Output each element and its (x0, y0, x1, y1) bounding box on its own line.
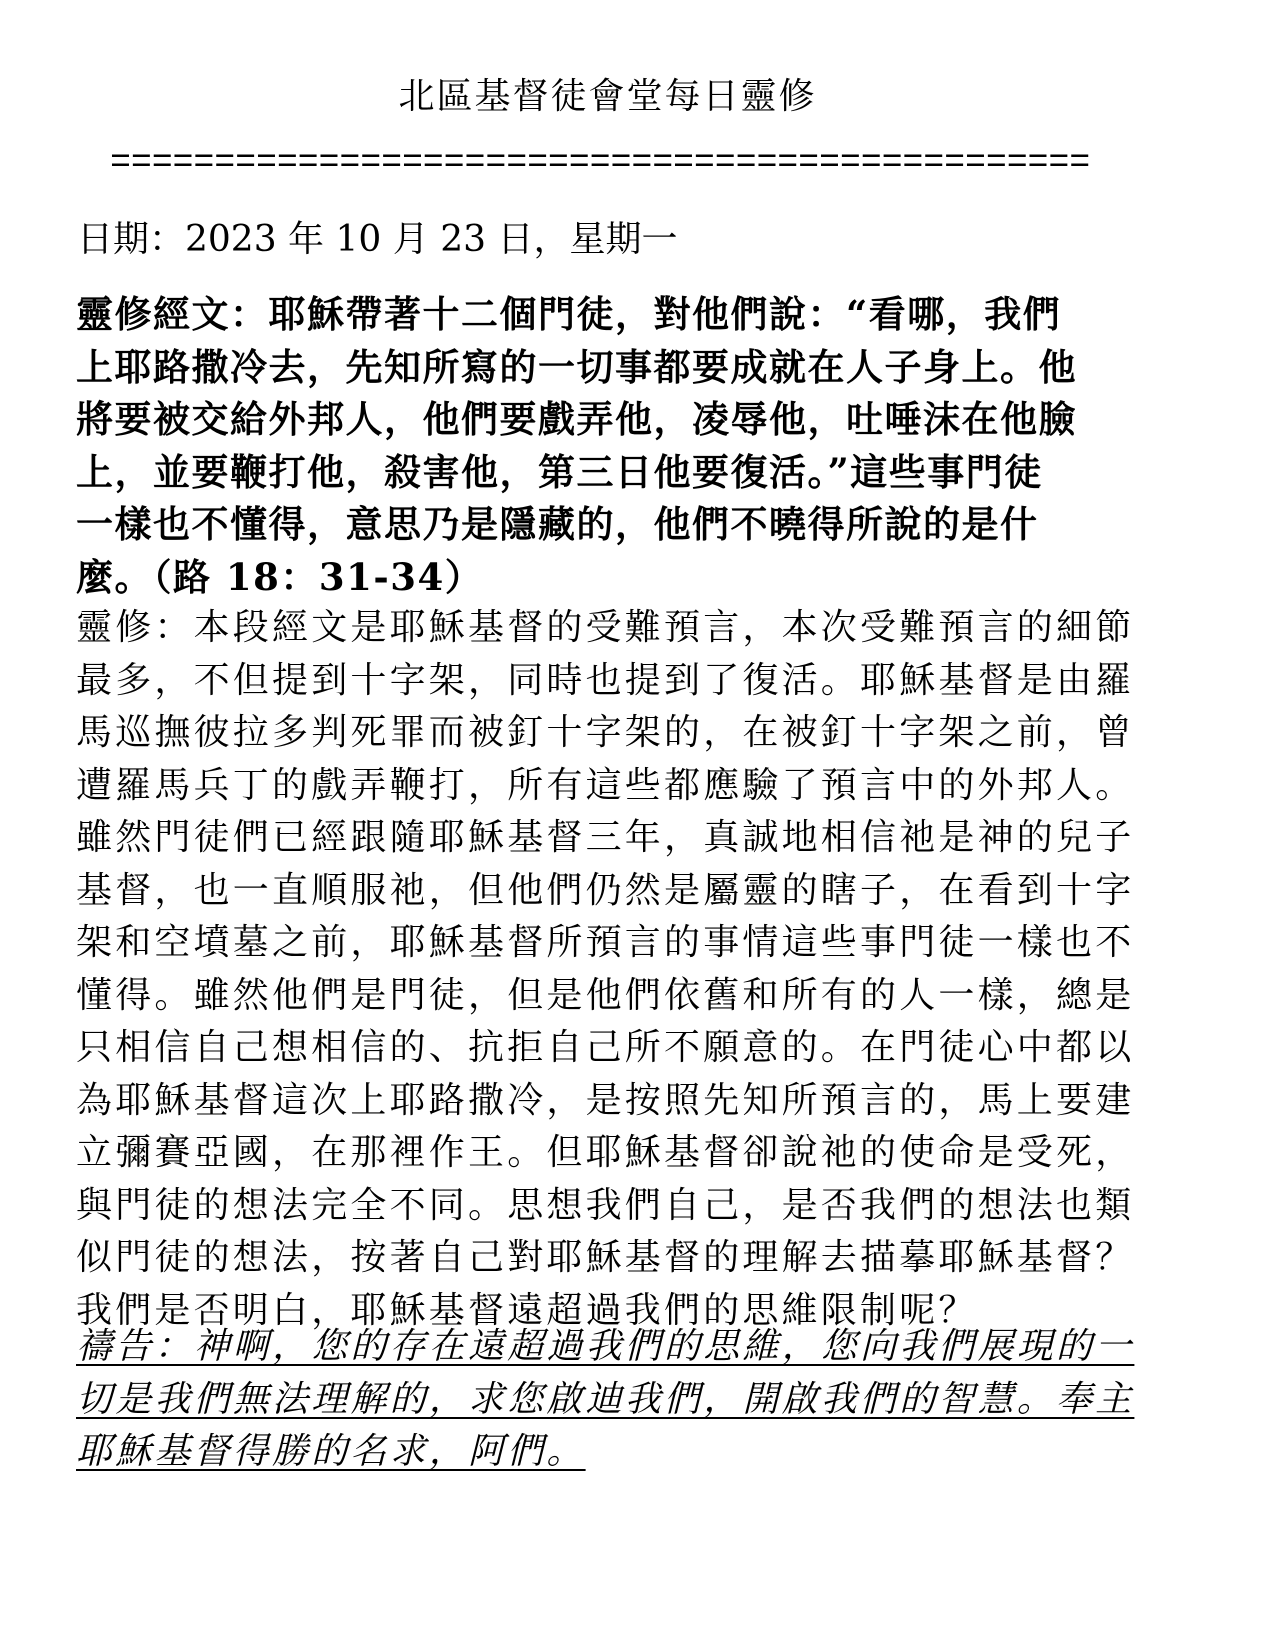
devotion-line: 遭羅馬兵丁的戲弄鞭打，所有這些都應驗了預言中的外邦人。 (76, 760, 1151, 813)
devotion-line: 立彌賽亞國，在那裡作王。但耶穌基督卻說祂的使命是受死， (76, 1127, 1151, 1180)
devotion-line: 與門徒的想法完全不同。思想我們自己，是否我們的想法也類 (76, 1180, 1151, 1233)
devotion-line: 似門徒的想法，按著自己對耶穌基督的理解去描摹耶穌基督？ (76, 1232, 1151, 1285)
title-separator: ========================================… (110, 148, 1102, 178)
scripture-line: 靈修經文：耶穌帶著十二個門徒，對他們說：“看哪，我們 (76, 288, 1121, 341)
devotion-line: 馬巡撫彼拉多判死罪而被釘十字架的，在被釘十字架之前，曾 (76, 707, 1151, 760)
prayer-line: 耶穌基督得勝的名求，阿們。 (76, 1426, 1151, 1479)
devotion-line: 雖然門徒們已經跟隨耶穌基督三年，真誠地相信祂是神的兒子 (76, 812, 1151, 865)
devotion-line: 最多，不但提到十字架，同時也提到了復活。耶穌基督是由羅 (76, 655, 1151, 708)
devotion-line: 只相信自己想相信的、抗拒自己所不願意的。在門徒心中都以 (76, 1022, 1151, 1075)
scripture-line: 上耶路撒冷去，先知所寫的一切事都要成就在人子身上。他 (76, 341, 1121, 394)
prayer-line: 禱告：神啊，您的存在遠超過我們的思維，您向我們展現的一 (76, 1321, 1151, 1374)
devotion-text: 靈修：本段經文是耶穌基督的受難預言，本次受難預言的細節 最多，不但提到十字架，同… (76, 602, 1151, 1337)
date-line: 日期：2023 年 10 月 23 日，星期一 (77, 214, 677, 266)
page-title: 北區基督徒會堂每日靈修 (0, 72, 1215, 122)
devotion-line: 為耶穌基督這次上耶路撒冷，是按照先知所預言的，馬上要建 (76, 1075, 1151, 1128)
devotion-line: 靈修：本段經文是耶穌基督的受難預言，本次受難預言的細節 (76, 602, 1151, 655)
scripture-line: 一樣也不懂得，意思乃是隱藏的，他們不曉得所說的是什 (76, 498, 1121, 551)
scripture-line: 將要被交給外邦人，他們要戲弄他，凌辱他，吐唾沫在他臉 (76, 393, 1121, 446)
devotional-page: 北區基督徒會堂每日靈修 ============================… (0, 0, 1275, 1650)
scripture-line: 麼。（路 18：31-34） (76, 551, 1121, 604)
scripture-line: 上，並要鞭打他，殺害他，第三日他要復活。”這些事門徒 (76, 446, 1121, 499)
scripture-passage: 靈修經文：耶穌帶著十二個門徒，對他們說：“看哪，我們 上耶路撒冷去，先知所寫的一… (76, 288, 1121, 603)
devotion-line: 懂得。雖然他們是門徒，但是他們依舊和所有的人一樣，總是 (76, 970, 1151, 1023)
devotion-line: 架和空墳墓之前，耶穌基督所預言的事情這些事門徒一樣也不 (76, 917, 1151, 970)
prayer-text: 禱告：神啊，您的存在遠超過我們的思維，您向我們展現的一 切是我們無法理解的，求您… (76, 1321, 1151, 1479)
prayer-line: 切是我們無法理解的，求您啟迪我們，開啟我們的智慧。奉主 (76, 1374, 1151, 1427)
devotion-line: 基督，也一直順服祂，但他們仍然是屬靈的瞎子，在看到十字 (76, 865, 1151, 918)
